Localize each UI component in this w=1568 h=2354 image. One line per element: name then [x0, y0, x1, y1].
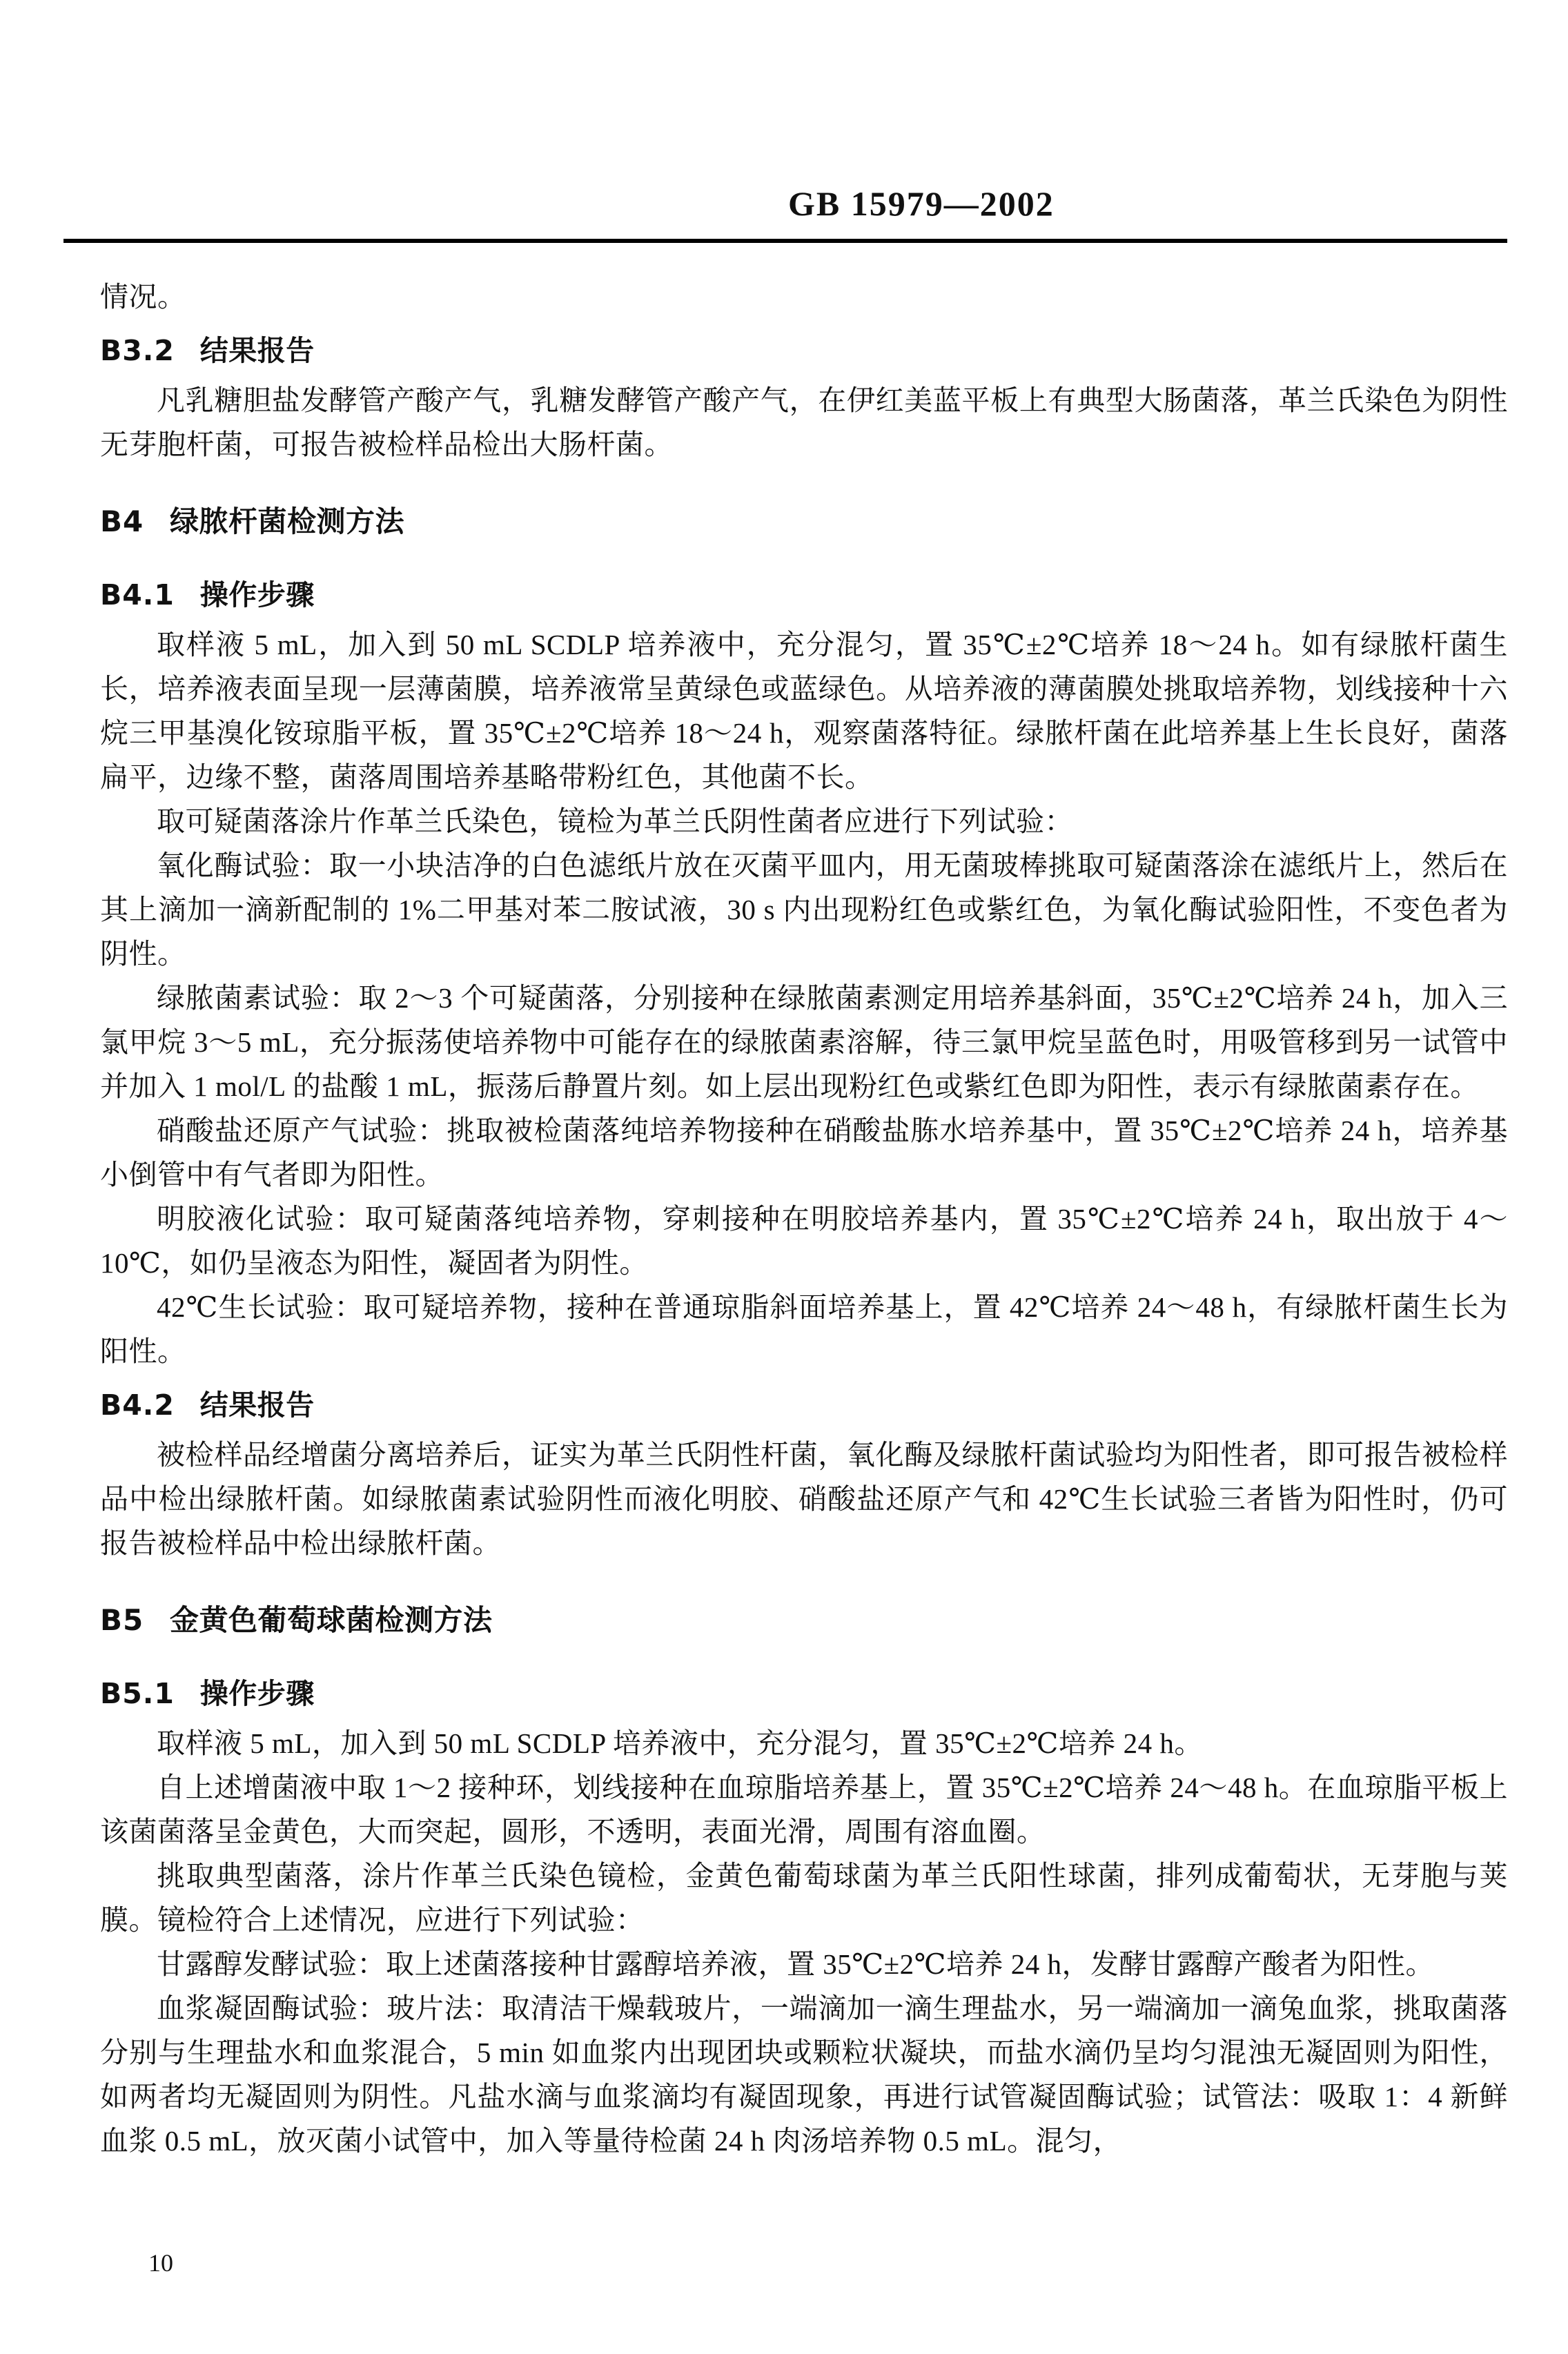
paragraph: 血浆凝固酶试验：玻片法：取清洁干燥载玻片，一端滴加一滴生理盐水，另一端滴加一滴兔… — [100, 1986, 1508, 2163]
standard-code: GB 15979—2002 — [788, 184, 1055, 224]
paragraph: 硝酸盐还原产气试验：挑取被检菌落纯培养物接种在硝酸盐胨水培养基中，置 35℃±2… — [100, 1108, 1508, 1197]
paragraph: 情况。 — [100, 275, 1508, 319]
subsection-heading: B4.1操作步骤 — [100, 573, 1508, 617]
paragraph: 42℃生长试验：取可疑培养物，接种在普通琼脂斜面培养基上，置 42℃培养 24～… — [100, 1285, 1508, 1373]
section-heading: B4绿脓杆菌检测方法 — [100, 500, 1508, 544]
section-heading: B5金黄色葡萄球菌检测方法 — [100, 1598, 1508, 1642]
heading-title: 操作步骤 — [200, 1677, 315, 1710]
subsection-heading: B4.2结果报告 — [100, 1383, 1508, 1427]
paragraph: 自上述增菌液中取 1～2 接种环，划线接种在血琼脂培养基上，置 35℃±2℃培养… — [100, 1765, 1508, 1854]
header-divider — [63, 239, 1507, 243]
heading-title: 结果报告 — [200, 1389, 315, 1422]
heading-label: B5.1 — [100, 1677, 175, 1710]
paragraph: 取样液 5 mL，加入到 50 mL SCDLP 培养液中，充分混匀，置 35℃… — [100, 622, 1508, 799]
heading-label: B3.2 — [100, 334, 175, 367]
document-body: 情况。B3.2结果报告凡乳糖胆盐发酵管产酸产气，乳糖发酵管产酸产气，在伊红美蓝平… — [100, 275, 1508, 2163]
subsection-heading: B3.2结果报告 — [100, 328, 1508, 373]
heading-label: B4.1 — [100, 578, 175, 611]
heading-title: 操作步骤 — [200, 578, 315, 611]
page-number: 10 — [148, 2248, 173, 2277]
heading-label: B4 — [100, 504, 144, 538]
heading-label: B4.2 — [100, 1389, 175, 1422]
document-page: GB 15979—2002 情况。B3.2结果报告凡乳糖胆盐发酵管产酸产气，乳糖… — [0, 0, 1568, 2354]
paragraph: 绿脓菌素试验：取 2～3 个可疑菌落，分别接种在绿脓菌素测定用培养基斜面，35℃… — [100, 976, 1508, 1108]
paragraph: 氧化酶试验：取一小块洁净的白色滤纸片放在灭菌平皿内，用无菌玻棒挑取可疑菌落涂在滤… — [100, 843, 1508, 976]
paragraph: 取样液 5 mL，加入到 50 mL SCDLP 培养液中，充分混匀，置 35℃… — [100, 1721, 1508, 1765]
subsection-heading: B5.1操作步骤 — [100, 1671, 1508, 1716]
heading-title: 金黄色葡萄球菌检测方法 — [170, 1603, 493, 1637]
heading-label: B5 — [100, 1603, 144, 1637]
paragraph: 被检样品经增菌分离培养后，证实为革兰氏阴性杆菌，氧化酶及绿脓杆菌试验均为阳性者，… — [100, 1433, 1508, 1565]
heading-title: 绿脓杆菌检测方法 — [170, 504, 404, 538]
paragraph: 甘露醇发酵试验：取上述菌落接种甘露醇培养液，置 35℃±2℃培养 24 h，发酵… — [100, 1942, 1508, 1986]
paragraph: 明胶液化试验：取可疑菌落纯培养物，穿刺接种在明胶培养基内，置 35℃±2℃培养 … — [100, 1197, 1508, 1285]
heading-title: 结果报告 — [200, 334, 315, 367]
paragraph: 取可疑菌落涂片作革兰氏染色，镜检为革兰氏阴性菌者应进行下列试验： — [100, 799, 1508, 843]
paragraph: 凡乳糖胆盐发酵管产酸产气，乳糖发酵管产酸产气，在伊红美蓝平板上有典型大肠菌落，革… — [100, 378, 1508, 467]
paragraph: 挑取典型菌落，涂片作革兰氏染色镜检，金黄色葡萄球菌为革兰氏阳性球菌，排列成葡萄状… — [100, 1854, 1508, 1942]
